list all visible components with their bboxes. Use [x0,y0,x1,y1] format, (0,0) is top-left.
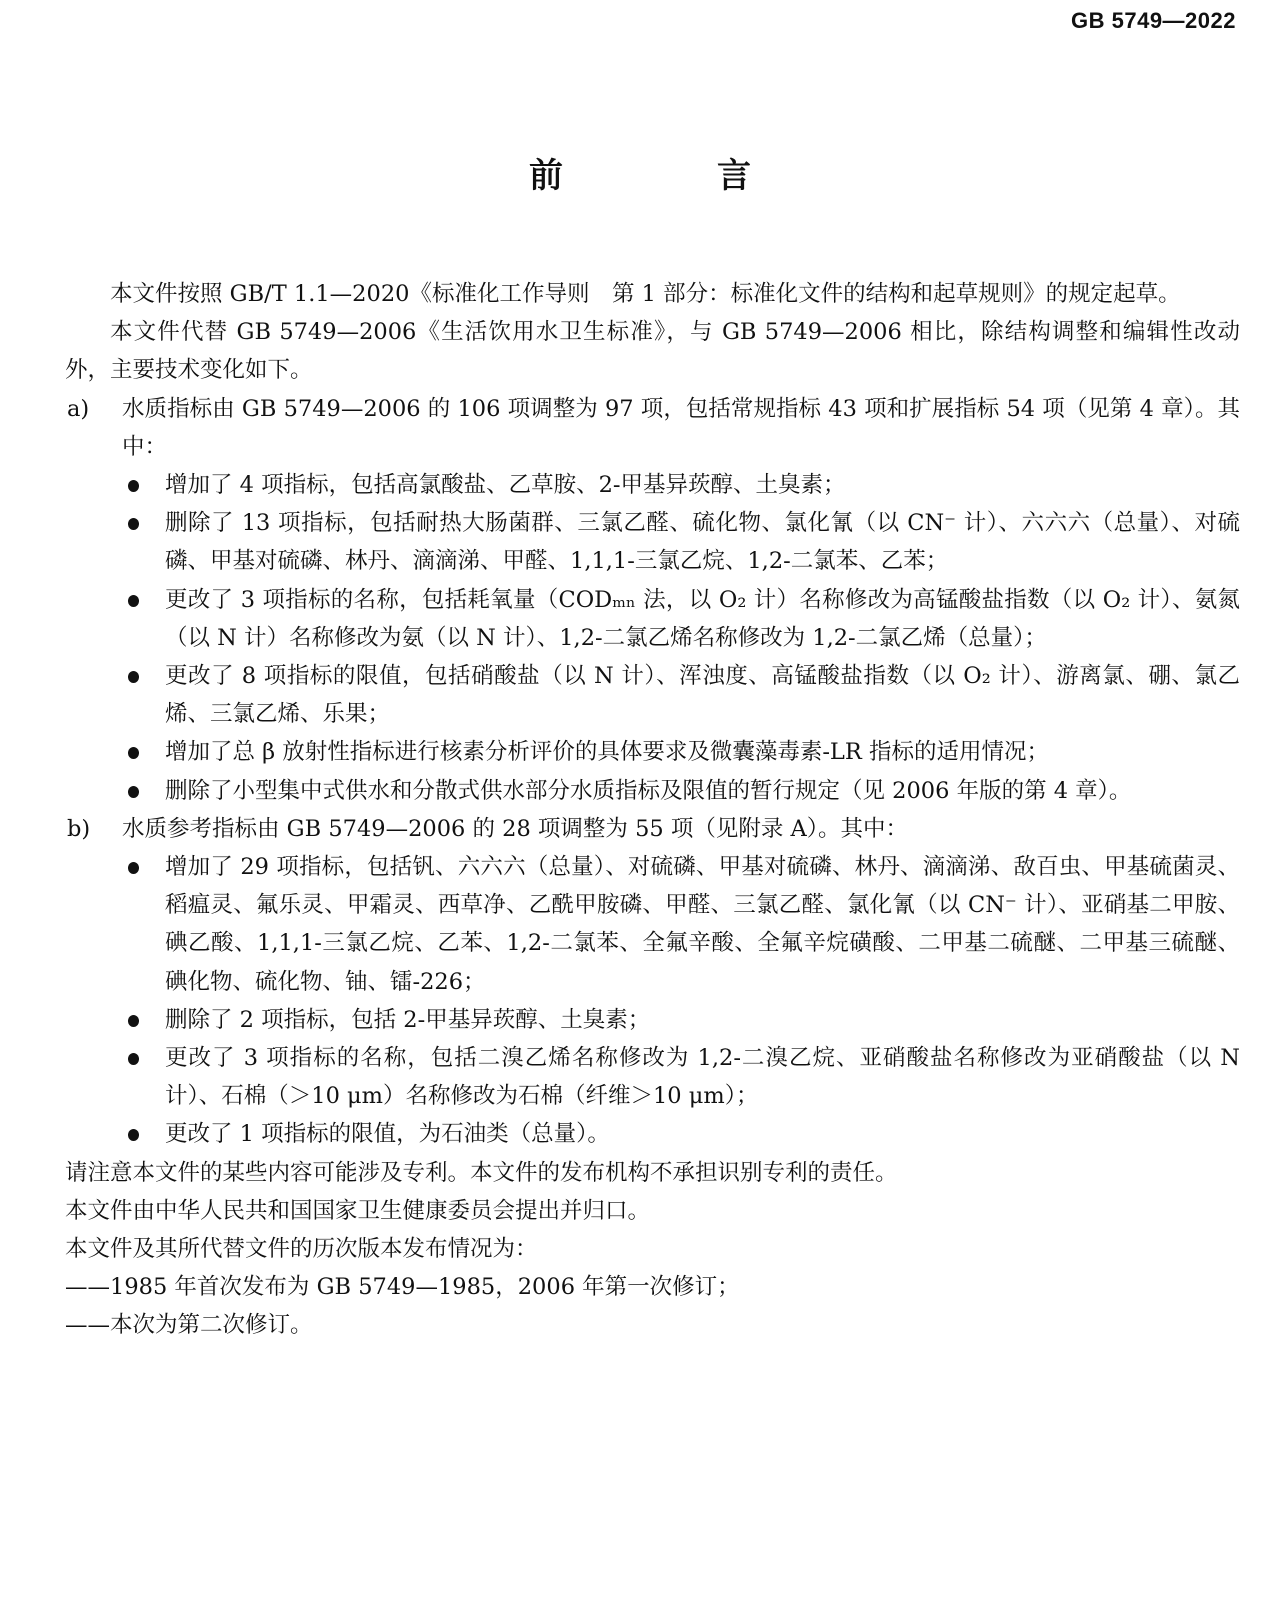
bullet-dot-icon [128,1015,139,1027]
list-marker: a) [67,390,89,428]
bullet-dot-icon [128,1053,139,1065]
bullet-text: 删除了 13 项指标，包括耐热大肠菌群、三氯乙醛、硫化物、氯化氰（以 CN⁻ 计… [165,510,1240,574]
change-item-text: 水质指标由 GB 5749—2006 的 106 项调整为 97 项，包括常规指… [122,390,1240,466]
bullet-item: 更改了 3 项指标的名称，包括二溴乙烯名称修改为 1,2-二溴乙烷、亚硝酸盐名称… [122,1039,1240,1115]
bullet-item: 删除了 13 项指标，包括耐热大肠菌群、三氯乙醛、硫化物、氯化氰（以 CN⁻ 计… [122,504,1240,580]
bullet-dot-icon [128,518,139,530]
bullet-dot-icon [128,595,139,607]
history-entry: ——1985 年首次发布为 GB 5749—1985，2006 年第一次修订； [65,1268,1240,1306]
bullet-text: 增加了总 β 放射性指标进行核素分析评价的具体要求及微囊藻毒素-LR 指标的适用… [165,739,1049,765]
bullet-text: 更改了 1 项指标的限值，为石油类（总量）。 [165,1121,610,1147]
bullet-dot-icon [128,862,139,874]
bullet-text: 删除了小型集中式供水和分散式供水部分水质指标及限值的暂行规定（见 2006 年版… [165,778,1131,804]
bullet-text: 更改了 8 项指标的限值，包括硝酸盐（以 N 计）、浑浊度、高锰酸盐指数（以 O… [165,663,1240,727]
list-marker: b) [67,810,90,848]
paragraph-replacement: 本文件代替 GB 5749—2006《生活饮用水卫生标准》，与 GB 5749—… [65,313,1240,389]
patent-notice: 请注意本文件的某些内容可能涉及专利。本文件的发布机构不承担识别专利的责任。 [65,1154,1240,1192]
bullet-text: 更改了 3 项指标的名称，包括耗氧量（CODₘₙ 法，以 O₂ 计）名称修改为高… [165,587,1240,651]
bullet-text: 更改了 3 项指标的名称，包括二溴乙烯名称修改为 1,2-二溴乙烷、亚硝酸盐名称… [165,1045,1240,1109]
bullet-dot-icon [128,671,139,683]
bullet-list: 增加了 29 项指标，包括钒、六六六（总量）、对硫磷、甲基对硫磷、林丹、滴滴涕、… [122,848,1240,1154]
bullet-item: 删除了小型集中式供水和分散式供水部分水质指标及限值的暂行规定（见 2006 年版… [122,772,1240,810]
bullet-item: 增加了总 β 放射性指标进行核素分析评价的具体要求及微囊藻毒素-LR 指标的适用… [122,733,1240,771]
foreword-body: 本文件按照 GB/T 1.1—2020《标准化工作导则 第 1 部分：标准化文件… [65,275,1240,1345]
paragraph-drafting-rules: 本文件按照 GB/T 1.1—2020《标准化工作导则 第 1 部分：标准化文件… [65,275,1240,313]
bullet-text: 删除了 2 项指标，包括 2-甲基异莰醇、土臭素； [165,1007,650,1033]
bullet-dot-icon [128,480,139,492]
standard-code-header: GB 5749—2022 [1071,8,1236,34]
bullet-dot-icon [128,786,139,798]
page-title: 前 言 [0,148,1280,197]
bullet-item: 增加了 29 项指标，包括钒、六六六（总量）、对硫磷、甲基对硫磷、林丹、滴滴涕、… [122,848,1240,1001]
bullet-dot-icon [128,1129,139,1141]
history-intro: 本文件及其所代替文件的历次版本发布情况为： [65,1230,1240,1268]
bullet-item: 增加了 4 项指标，包括高氯酸盐、乙草胺、2-甲基异莰醇、土臭素； [122,466,1240,504]
change-item-text: 水质参考指标由 GB 5749—2006 的 28 项调整为 55 项（见附录 … [122,810,1240,848]
history-entry: ——本次为第二次修订。 [65,1306,1240,1344]
change-item-b: b) 水质参考指标由 GB 5749—2006 的 28 项调整为 55 项（见… [65,810,1240,1154]
bullet-dot-icon [128,747,139,759]
bullet-item: 更改了 3 项指标的名称，包括耗氧量（CODₘₙ 法，以 O₂ 计）名称修改为高… [122,581,1240,657]
bullet-text: 增加了 4 项指标，包括高氯酸盐、乙草胺、2-甲基异莰醇、土臭素； [165,472,846,498]
change-item-a: a) 水质指标由 GB 5749—2006 的 106 项调整为 97 项，包括… [65,390,1240,810]
bullet-item: 删除了 2 项指标，包括 2-甲基异莰醇、土臭素； [122,1001,1240,1039]
bullet-text: 增加了 29 项指标，包括钒、六六六（总量）、对硫磷、甲基对硫磷、林丹、滴滴涕、… [165,854,1240,995]
bullet-list: 增加了 4 项指标，包括高氯酸盐、乙草胺、2-甲基异莰醇、土臭素； 删除了 13… [122,466,1240,810]
bullet-item: 更改了 8 项指标的限值，包括硝酸盐（以 N 计）、浑浊度、高锰酸盐指数（以 O… [122,657,1240,733]
proposer-statement: 本文件由中华人民共和国国家卫生健康委员会提出并归口。 [65,1192,1240,1230]
bullet-item: 更改了 1 项指标的限值，为石油类（总量）。 [122,1115,1240,1153]
